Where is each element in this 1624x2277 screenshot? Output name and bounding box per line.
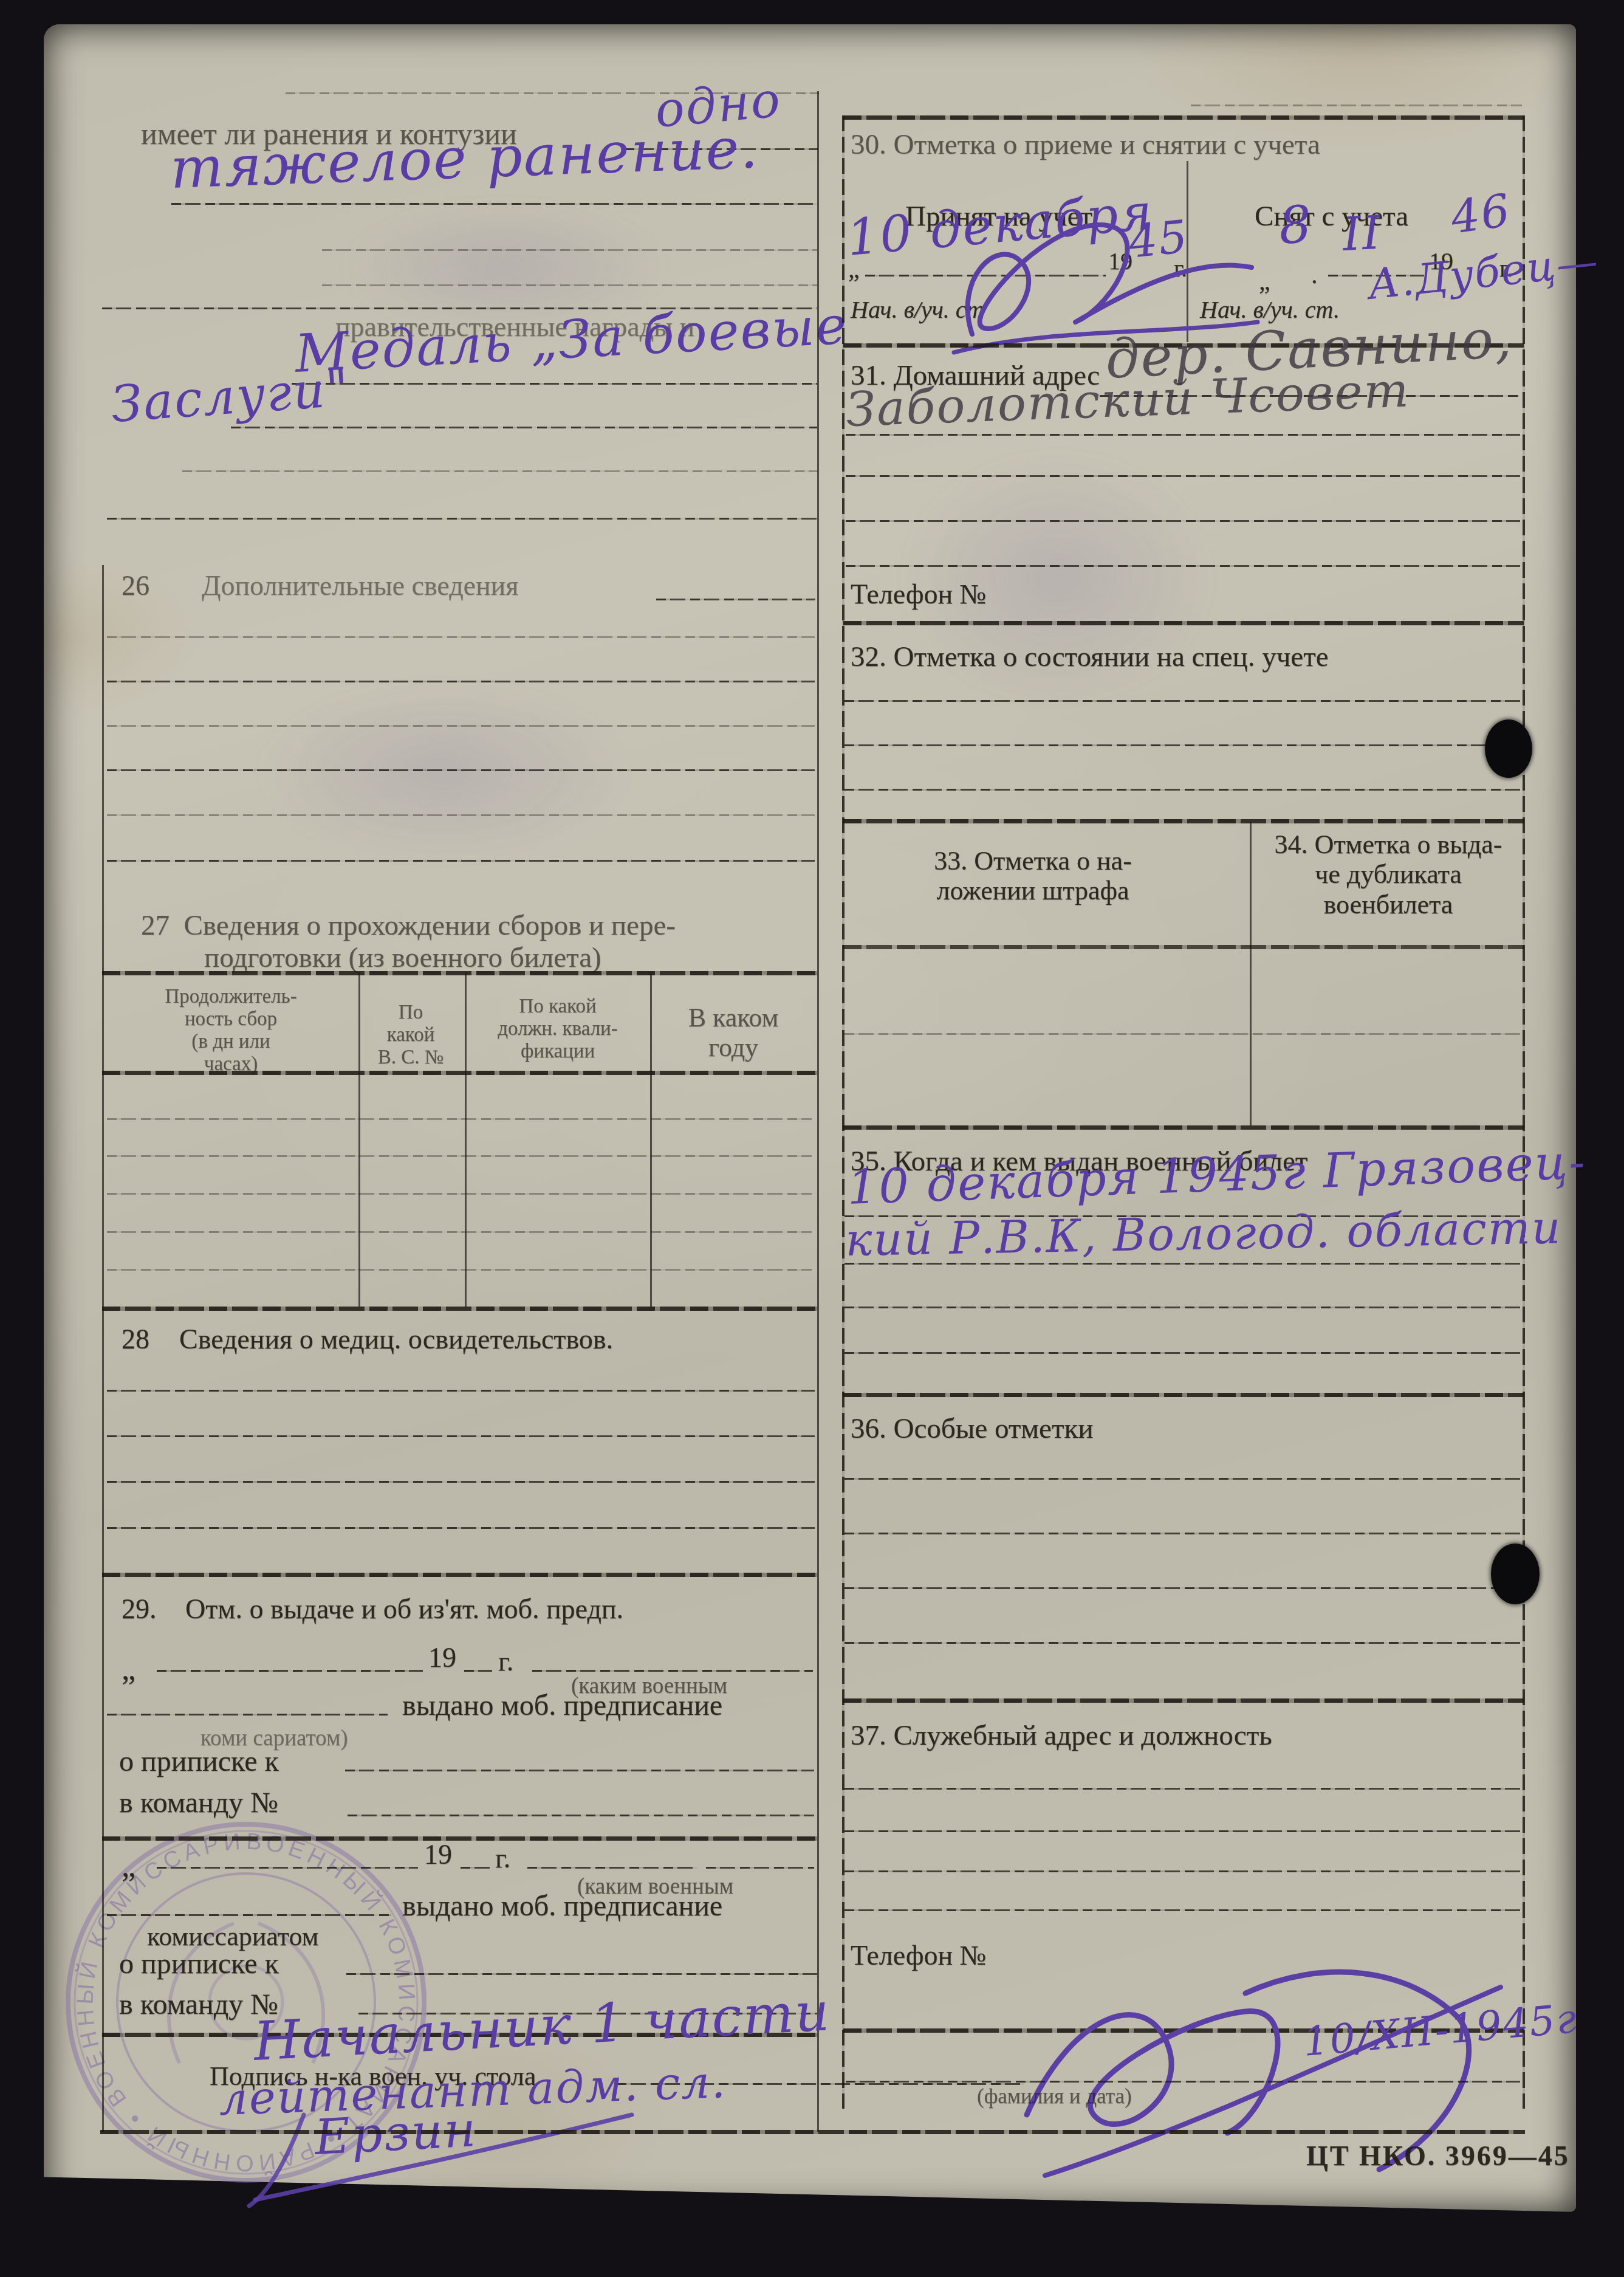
blank-line: [107, 1714, 388, 1715]
table-header-bottom-border: [102, 1071, 817, 1075]
blank-line: [345, 1770, 814, 1771]
ruled-line: [845, 1642, 1520, 1644]
table-row-line: [107, 1231, 812, 1233]
year-prefix: 19: [428, 1642, 456, 1674]
ruled-line: [107, 1435, 815, 1437]
section34-label: 34. Отметка о выда- че дубликата военбил…: [1261, 829, 1516, 919]
page-bottom-border: [100, 2130, 1525, 2134]
table-bottom-border: [102, 1307, 817, 1311]
section26-label: Дополнительные сведения: [202, 570, 518, 602]
section30-number: 30.: [851, 129, 886, 160]
table-column-border: [358, 972, 360, 1307]
ruled-line: [107, 814, 815, 816]
section32-number: 32.: [851, 641, 886, 673]
blank-line: [464, 1670, 492, 1672]
ruled-line: [845, 1263, 1520, 1265]
left-box-left-border: [102, 565, 104, 2132]
section26-number: 26: [122, 570, 149, 602]
section33-34-divider: [1250, 822, 1252, 1125]
ruled-line: [845, 1307, 1520, 1308]
ruled-line: [846, 2081, 1520, 2083]
hole-punch-top: [1485, 720, 1532, 778]
ruled-line: [107, 725, 815, 727]
ruled-line: [845, 1478, 1520, 1480]
table-top-border: [102, 971, 817, 975]
section-divider: [843, 1125, 1524, 1130]
section36-number: 36.: [851, 1413, 886, 1444]
ruled-line: [107, 518, 817, 520]
blank-line: [346, 1973, 817, 1975]
year-suffix: г.: [495, 1843, 510, 1874]
ruled-line: [845, 1533, 1520, 1534]
ruled-line: [182, 470, 817, 472]
ruled-line: [845, 1830, 1520, 1832]
ruled-line: [231, 427, 817, 428]
family-and-date-hint: (фамилия и дата): [977, 2084, 1132, 2108]
scanned-military-registration-card: ВОЕННЫЙ КОМИССАРИАТ • РАЙОННЫЙ • ВОЕННЫЙ…: [0, 0, 1624, 2277]
ruled-line: [107, 1390, 815, 1392]
table-column-border: [650, 972, 652, 1307]
table-row-line: [107, 1193, 812, 1195]
section27-title-line1: 27 Сведения о прохождении сборов и пере-: [141, 910, 676, 942]
ruled-line: [845, 1587, 1520, 1589]
section27-number: 27: [141, 910, 170, 941]
blank-line: [532, 1670, 813, 1672]
military-ticket-issue-handwriting-2: кий Р.В.К, Вологод. области: [845, 1205, 1562, 1263]
section36-title: 36. Особые отметки: [851, 1413, 1093, 1445]
ruled-line: [846, 565, 1520, 567]
ruled-line: [845, 789, 1520, 791]
table-column-border: [465, 972, 467, 1307]
blank-line: [107, 1914, 391, 1916]
right-box-left-border: [842, 115, 845, 2109]
signature-flourish: [231, 2078, 656, 2212]
section37-title: 37. Служебный адрес и должность: [851, 1720, 1272, 1752]
table-row-line: [845, 1033, 1520, 1035]
section-divider: [843, 621, 1524, 625]
section32-label: Отметка о состоянии на спец. учете: [894, 641, 1329, 673]
blank-line: [157, 1670, 423, 1672]
ruled-line: [107, 1527, 815, 1529]
section37-label: Служебный адрес и должность: [894, 1720, 1272, 1751]
right-box-top-border: [843, 115, 1524, 120]
section33-number: 33.: [934, 846, 967, 876]
ruled-line: [846, 475, 1520, 477]
blank-line: [461, 1867, 490, 1869]
section34-text: Отметка о выда- че дубликата военбилета: [1315, 829, 1502, 919]
ruled-line: [846, 434, 1520, 436]
table-row-line: [107, 1118, 812, 1120]
section36-label: Особые отметки: [894, 1413, 1094, 1444]
table-row-line: [107, 1269, 812, 1271]
ruled-line: [322, 249, 817, 251]
ruled-line: [845, 1870, 1520, 1872]
table-header-year: В каком году: [654, 1003, 813, 1063]
section29-label: Отм. о выдаче и об из'ят. моб. предп.: [185, 1593, 623, 1625]
year-prefix: 19: [424, 1839, 452, 1870]
attach-label: о приписке к: [119, 1745, 279, 1778]
header-row-bottom: [843, 945, 1524, 949]
ruled-line: [845, 1352, 1520, 1354]
ruled-line: [1191, 105, 1522, 106]
right-box-right-border: [1523, 115, 1525, 2109]
section34-number: 34.: [1275, 829, 1308, 859]
ruled-line: [107, 1481, 815, 1483]
ruled-line: [845, 744, 1520, 746]
section37-number: 37.: [851, 1720, 886, 1751]
ruled-line: [107, 681, 815, 682]
print-code: ЦТ НКО. 3969—45: [1306, 2140, 1570, 2172]
removed-day-handwriting: 8: [1277, 198, 1314, 252]
ruled-line: [107, 636, 815, 638]
section27-title-line2: подготовки (из военного билета): [204, 942, 601, 974]
section32-title: 32. Отметка о состоянии на спец. учете: [851, 641, 1329, 673]
blank-line: [157, 1867, 418, 1869]
ruled-line: [171, 203, 817, 205]
ruled-line: [845, 1909, 1520, 1911]
ruled-line: [845, 1788, 1520, 1790]
year-suffix: г.: [498, 1646, 513, 1677]
hint-commissariat: комиссариатом: [147, 1922, 318, 1951]
ruled-line: [656, 599, 815, 600]
team-label: в команду №: [119, 1787, 278, 1819]
blank-line: [706, 1867, 814, 1869]
table-header-vus: По какой В. С. №: [361, 1001, 460, 1069]
removed-month-handwriting: II: [1341, 210, 1383, 258]
phone-number-label: Телефон №: [851, 1940, 987, 1971]
hole-punch-bottom: [1491, 1544, 1540, 1604]
quote-mark: „: [848, 255, 860, 284]
blank-line: [527, 1867, 697, 1869]
table-header-qualification: По какой должн. квали- фикации: [469, 995, 646, 1063]
ruled-line: [107, 860, 815, 862]
section28-label: Сведения о медиц. освидетельствов.: [179, 1324, 613, 1355]
issued-mob-order-label: выдано моб. предписание: [402, 1890, 722, 1923]
section-divider: [102, 1836, 817, 1841]
section-divider: [843, 1393, 1524, 1397]
ruled-line: [322, 284, 817, 286]
section29-number: 29.: [122, 1593, 157, 1625]
ruled-line: [292, 383, 817, 385]
section-divider: [843, 1698, 1524, 1703]
ruled-line: [846, 520, 1520, 522]
section33-label: 33. Отметка о на- ложении штрафа: [863, 846, 1203, 906]
left-box-right-border: [817, 91, 819, 2132]
section30-title: 30. Отметка о приеме и снятии с учета: [851, 129, 1320, 161]
attach-label: о приписке к: [119, 1948, 279, 1980]
section27-label: Сведения о прохождении сборов и пере-: [184, 910, 676, 941]
removed-year-handwriting: 46: [1448, 188, 1514, 241]
date-dot: .: [1311, 261, 1318, 290]
section30-label: Отметка о приеме и снятии с учета: [894, 129, 1320, 160]
blank-line: [348, 1815, 814, 1816]
quote-mark: „: [122, 1652, 135, 1687]
section-divider: [843, 819, 1524, 823]
section-divider: [102, 1573, 817, 1577]
section28-number: 28: [122, 1324, 149, 1355]
phone-number-label: Телефон №: [851, 579, 987, 610]
issued-mob-order-label: выдано моб. предписание: [402, 1689, 722, 1722]
quote-mark: „: [122, 1849, 135, 1884]
ruled-line: [845, 700, 1520, 702]
table-header-duration: Продолжитель- ность сбор (в дн или часах…: [109, 986, 352, 1076]
ruled-line: [107, 769, 815, 771]
ink-bleed: [255, 681, 632, 863]
table-row-line: [107, 1155, 812, 1157]
quote-mark: „: [1259, 267, 1270, 296]
